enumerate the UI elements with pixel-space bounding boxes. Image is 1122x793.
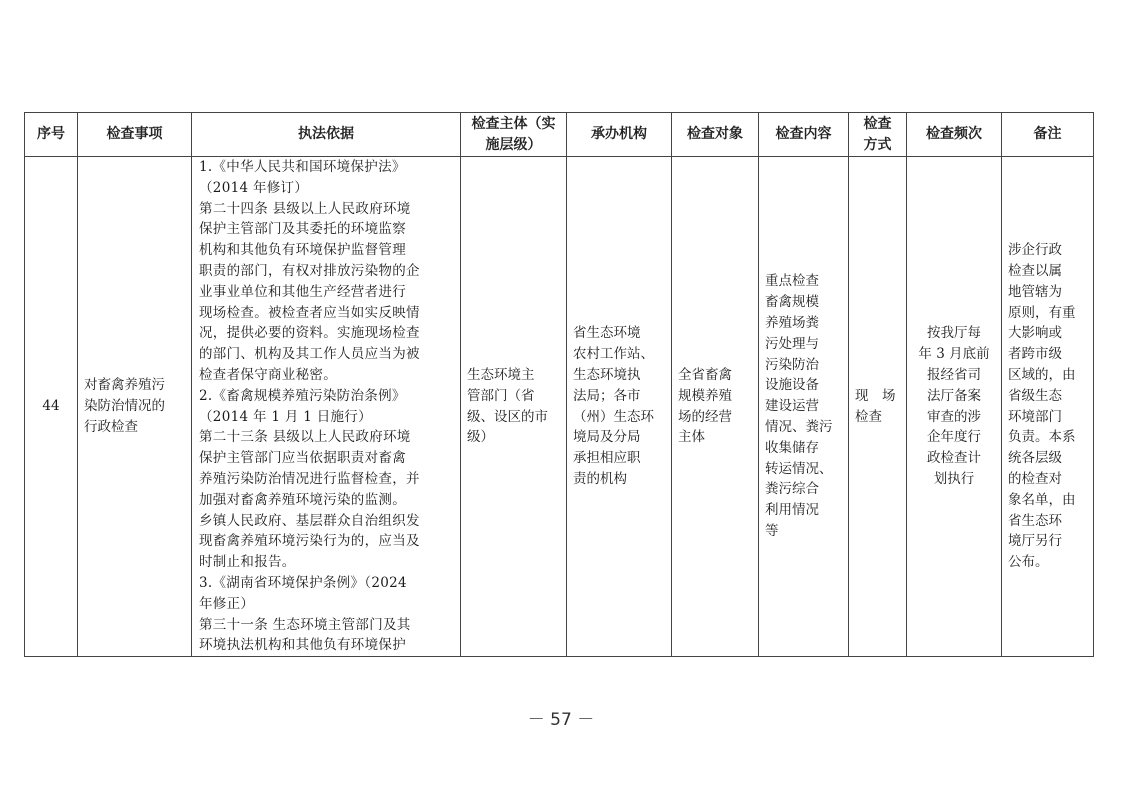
text-line: 全省畜禽 [678,365,752,386]
text-line: 保护主管部门应当依据职责对畜禽 [199,448,456,469]
page-number: － 57 － [0,705,1122,730]
cell-legal-basis: 1.《中华人民共和国环境保护法》 （2014 年修订） 第二十四条 县级以上人民… [192,157,461,657]
text-line: 养殖污染防治情况进行监督检查，并 [199,469,456,490]
text-line: 地管辖为 [1008,282,1087,303]
inspection-table: 序号 检查事项 执法依据 检查主体（实 施层级） 承办机构 检查对象 检查内容 … [24,112,1094,657]
text-line: 象名单，由 [1008,490,1087,511]
text-line: 级） [467,427,560,448]
header-index: 序号 [25,113,78,157]
text-line: 情况、粪污 [765,417,842,438]
header-content: 检查内容 [759,113,849,157]
text-line: 利用情况 [765,500,842,521]
text-line: 境厅另行 [1008,531,1087,552]
text-line: 转运情况、 [765,459,842,480]
text-line: 2.《畜禽规模养殖污染防治条例》 [199,386,456,407]
text-line: 加强对畜禽养殖环境污染的监测。 [199,490,456,511]
text-line: 收集储存 [765,438,842,459]
text-line: 的部门、机构及其工作人员应当为被 [199,344,456,365]
text-line: 年修正） [199,594,456,615]
text-line: 等 [765,521,842,542]
text-line: 机构和其他负有环境保护监督管理 [199,240,456,261]
text-line: 规模养殖 [678,386,752,407]
header-method: 检查 方式 [849,113,907,157]
header-subject-line: 检查主体（实 [461,114,566,135]
header-subject: 检查主体（实 施层级） [461,113,567,157]
text-line: 年 3 月底前 [907,344,1001,365]
text-line: 况，提供必要的资料。实施现场检查 [199,323,456,344]
text-line: 主体 [678,427,752,448]
text-line: 建设运营 [765,396,842,417]
text-line: 企年度行 [907,427,1001,448]
text-line: 现畜禽养殖环境污染行为的，应当及 [199,531,456,552]
text-line: （2014 年 1 月 1 日施行） [199,407,456,428]
text-line: 保护主管部门及其委托的环境监察 [199,219,456,240]
text-line: 审查的涉 [907,407,1001,428]
text-line: 的检查对 [1008,469,1087,490]
text-line: 时制止和报告。 [199,552,456,573]
text-line: 检查以属 [1008,261,1087,282]
text-line: 农村工作站、 [573,344,665,365]
table-header-row: 序号 检查事项 执法依据 检查主体（实 施层级） 承办机构 检查对象 检查内容 … [25,113,1094,157]
header-frequency: 检查频次 [907,113,1002,157]
header-legal-basis: 执法依据 [192,113,461,157]
text-line: 原则，有重 [1008,303,1087,324]
table-row: 44 对畜禽养殖污 染防治情况的 行政检查 1.《中华人民共和国环境保护法》 （… [25,157,1094,657]
text-line: 划执行 [907,469,1001,490]
text-line: 负责。本系 [1008,427,1087,448]
text-line: 检查者保守商业秘密。 [199,365,456,386]
text-line: 现场检查。被检查者应当如实反映情 [199,303,456,324]
text-line: 第二十三条 县级以上人民政府环境 [199,427,456,448]
text-line: （州）生态环 [573,407,665,428]
text-line: 染防治情况的 [84,396,185,417]
text-line: 省生态环 [1008,511,1087,532]
text-line: 畜禽规模 [765,292,842,313]
text-line: 检查 [855,407,900,428]
text-line: 境局及分局 [573,427,665,448]
text-line: 粪污综合 [765,479,842,500]
text-line: 省级生态 [1008,386,1087,407]
header-item: 检查事项 [78,113,192,157]
text-line: 法厅备案 [907,386,1001,407]
text-line: 承担相应职 [573,448,665,469]
cell-method: 现 场 检查 [849,157,907,657]
text-line: 省生态环境 [573,323,665,344]
text-line: 责的机构 [573,469,665,490]
header-target: 检查对象 [672,113,759,157]
text-line: 第三十一条 生态环境主管部门及其 [199,615,456,636]
text-line: 3.《湖南省环境保护条例》（2024 [199,573,456,594]
text-line: 法局；各市 [573,386,665,407]
text-line: 按我厅每 [907,323,1001,344]
text-line: 行政检查 [84,417,185,438]
header-subject-line: 施层级） [461,135,566,156]
cell-item: 对畜禽养殖污 染防治情况的 行政检查 [78,157,192,657]
header-agency: 承办机构 [567,113,672,157]
text-line: 管部门（省 [467,386,560,407]
text-line: 生态环境主 [467,365,560,386]
text-line: 业事业单位和其他生产经营者进行 [199,282,456,303]
text-line: 重点检查 [765,271,842,292]
text-line: 大影响或 [1008,323,1087,344]
text-line: 区域的，由 [1008,365,1087,386]
document-page: 序号 检查事项 执法依据 检查主体（实 施层级） 承办机构 检查对象 检查内容 … [0,0,1122,793]
text-line: 养殖场粪 [765,313,842,334]
text-line: 污染防治 [765,355,842,376]
text-line: 对畜禽养殖污 [84,375,185,396]
header-remarks: 备注 [1002,113,1094,157]
cell-target: 全省畜禽 规模养殖 场的经营 主体 [672,157,759,657]
text-line: 生态环境执 [573,365,665,386]
text-line: 环境部门 [1008,407,1087,428]
text-line: 设施设备 [765,375,842,396]
text-line: 场的经营 [678,407,752,428]
text-line: 职责的部门，有权对排放污染物的企 [199,261,456,282]
text-line: 污处理与 [765,334,842,355]
text-line: 公布。 [1008,552,1087,573]
text-line: 涉企行政 [1008,240,1087,261]
text-line: （2014 年修订） [199,178,456,199]
text-line: 现 场 [855,386,900,407]
text-line: 政检查计 [907,448,1001,469]
text-line: 1.《中华人民共和国环境保护法》 [199,157,456,178]
text-line: 报经省司 [907,365,1001,386]
cell-subject: 生态环境主 管部门（省 级、设区的市 级） [461,157,567,657]
cell-content: 重点检查 畜禽规模 养殖场粪 污处理与 污染防治 设施设备 建设运营 情况、粪污… [759,157,849,657]
cell-index: 44 [25,157,78,657]
text-line: 级、设区的市 [467,407,560,428]
header-method-line: 方式 [849,135,906,156]
cell-frequency: 按我厅每 年 3 月底前 报经省司 法厅备案 审查的涉 企年度行 政检查计 划执… [907,157,1002,657]
cell-remarks: 涉企行政 检查以属 地管辖为 原则，有重 大影响或 者跨市级 区域的，由 省级生… [1002,157,1094,657]
text-line: 第二十四条 县级以上人民政府环境 [199,199,456,220]
text-line: 者跨市级 [1008,344,1087,365]
text-line: 乡镇人民政府、基层群众自治组织发 [199,511,456,532]
text-line: 统各层级 [1008,448,1087,469]
text-line: 环境执法机构和其他负有环境保护 [199,635,456,656]
cell-agency: 省生态环境 农村工作站、 生态环境执 法局；各市 （州）生态环 境局及分局 承担… [567,157,672,657]
header-method-line: 检查 [849,114,906,135]
